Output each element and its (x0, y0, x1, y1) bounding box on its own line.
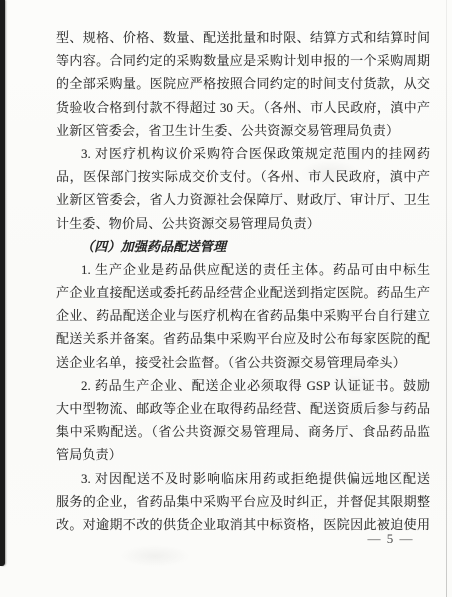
text-line: 业新区管委会，省人力资源社会保障厅、财政厅、审计厅、卫生 (56, 188, 430, 211)
page-number: — 5 — (56, 529, 422, 549)
text-line: 等内容。合同约定的采购数量应是采购计划申报的一个采购周期 (56, 49, 430, 72)
text-line: 管局负责） (56, 443, 430, 466)
text-line: 型、规格、价格、数量、配送批量和时限、结算方式和结算时间 (56, 26, 430, 49)
text-line: 配送关系并备案。省药品集中采购平台应及时公布每家医院的配 (56, 327, 430, 350)
text-line: 产企业直接配送或委托药品经营企业配送到指定医院。药品生产 (56, 281, 430, 304)
scan-edge-band (0, 0, 5, 566)
text-line: 2. 药品生产企业、配送企业必须取得 GSP 认证证书。鼓励 (56, 374, 430, 397)
text-line: 3. 对医疗机构议价采购符合医保政策规定范围内的挂网药 (56, 142, 430, 165)
text-line: 企业、药品配送企业与医疗机构在省药品集中采购平台自行建立 (56, 304, 430, 327)
section-heading: （四）加强药品配送管理 (56, 235, 430, 258)
text-line: 计生委、物价局、公共资源交易管理局负责） (56, 212, 430, 235)
text-lines: 型、规格、价格、数量、配送批量和时限、结算方式和结算时间等内容。合同约定的采购数… (56, 26, 430, 536)
text-line: 的全部采购量。医院应严格按照合同约定的时间支付货款，从交 (56, 72, 430, 95)
text-line: 品，医保部门按实际成交价支付。（各州、市人民政府，滇中产 (56, 165, 430, 188)
text-line: 送企业名单，接受社会监督。（省公共资源交易管理局牵头） (56, 351, 430, 374)
text-line: 业新区管委会，省卫生计生委、公共资源交易管理局负责） (56, 119, 430, 142)
text-line: 服务的企业，省药品集中采购平台应及时纠正，并督促其限期整 (56, 490, 430, 513)
text-line: 大中型物流、邮政等企业在取得药品经营、配送资质后参与药品 (56, 397, 430, 420)
text-line: 货验收合格到付款不得超过 30 天。（各州、市人民政府，滇中产 (56, 96, 430, 119)
text-line: 3. 对因配送不及时影响临床用药或拒绝提供偏远地区配送 (56, 467, 430, 490)
text-line: 集中采购配送。（省公共资源交易管理局、商务厅、食品药品监 (56, 420, 430, 443)
scan-edge-line (446, 0, 447, 597)
text-line: 1. 生产企业是药品供应配送的责任主体。药品可由中标生 (56, 258, 430, 281)
document-page: 型、规格、价格、数量、配送批量和时限、结算方式和结算时间等内容。合同约定的采购数… (0, 0, 452, 597)
